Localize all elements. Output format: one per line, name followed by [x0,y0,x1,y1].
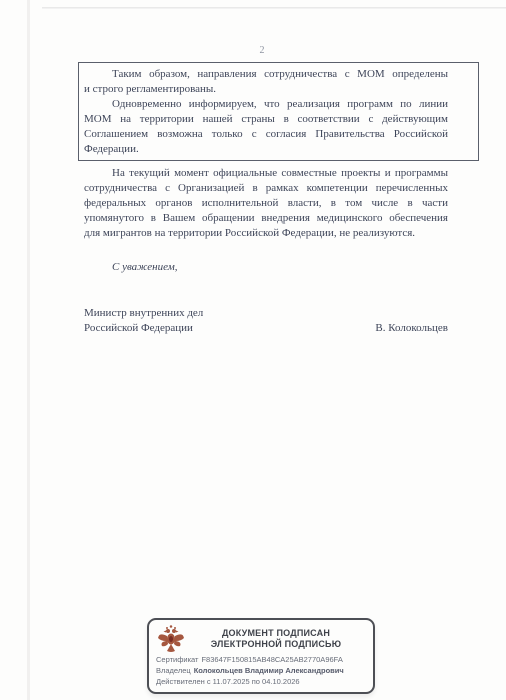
mvd-double-headed-eagle-emblem-icon [156,624,186,654]
paragraph-2: Одновременно информируем, что реализация… [84,97,448,157]
scanned-letter-page: 2 Таким образом, направления сотрудничес… [0,0,506,700]
owner-label: Владелец [156,666,191,675]
paragraph-line: Федерации. [84,142,448,157]
paragraph-line: федеральных органов исполнительной власт… [84,196,448,211]
paragraph-line: упомянутого в Вашем обращении внедрения … [84,211,448,226]
page-number: 2 [0,45,506,56]
paragraph-line: для мигрантов на территории Российской Ф… [84,226,448,241]
electronic-signature-stamp: ДОКУМЕНТ ПОДПИСАН ЭЛЕКТРОННОЙ ПОДПИСЬЮ С… [147,618,375,694]
paragraph-3: На текущий момент официальные совместные… [84,166,448,241]
signer-position: Министр внутренних дел Российской Федера… [84,306,203,336]
owner-value: Колокольцев Владимир Александрович [194,666,344,675]
stamp-certificate-line: СертификатF83647F150815AB48CA25AB2770A96… [156,654,366,665]
letter-body: Таким образом, направления сотрудничеств… [84,62,448,336]
paragraph-line: Таким образом, направления сотрудничеств… [84,67,448,82]
paragraph-line: МОМ на территории нашей страны в соответ… [84,112,448,127]
signer-position-line: Министр внутренних дел [84,306,203,321]
scan-edge-shadow-left [27,0,30,700]
certificate-value: F83647F150815AB48CA25AB2770A96FA [201,655,342,664]
stamp-title-line: ЭЛЕКТРОННОЙ ПОДПИСЬЮ [186,639,366,650]
stamp-title-line: ДОКУМЕНТ ПОДПИСАН [186,628,366,639]
paragraph-1: Таким образом, направления сотрудничеств… [84,67,448,97]
scan-edge-shadow-top [42,7,506,9]
paragraph-line: сотрудничества с Организацией в рамках к… [84,181,448,196]
signer-name: В. Колокольцев [375,321,448,336]
highlight-box-region: Таким образом, направления сотрудничеств… [78,62,479,161]
stamp-owner-line: ВладелецКолокольцев Владимир Александров… [156,665,366,676]
signer-position-line: Российской Федерации [84,321,203,336]
paragraph-line: и строго регламентированы. [84,82,448,97]
paragraph-line: Одновременно информируем, что реализация… [84,97,448,112]
signature-block: Министр внутренних дел Российской Федера… [84,306,448,336]
closing-salutation: С уважением, [84,260,448,275]
stamp-header: ДОКУМЕНТ ПОДПИСАН ЭЛЕКТРОННОЙ ПОДПИСЬЮ [156,624,366,654]
stamp-title: ДОКУМЕНТ ПОДПИСАН ЭЛЕКТРОННОЙ ПОДПИСЬЮ [186,628,366,650]
paragraph-line: На текущий момент официальные совместные… [84,166,448,181]
stamp-validity-line: Действителен с 11.07.2025 по 04.10.2026 [156,676,366,687]
paragraph-line: Соглашением возможна только с согласия П… [84,127,448,142]
certificate-label: Сертификат [156,655,198,664]
